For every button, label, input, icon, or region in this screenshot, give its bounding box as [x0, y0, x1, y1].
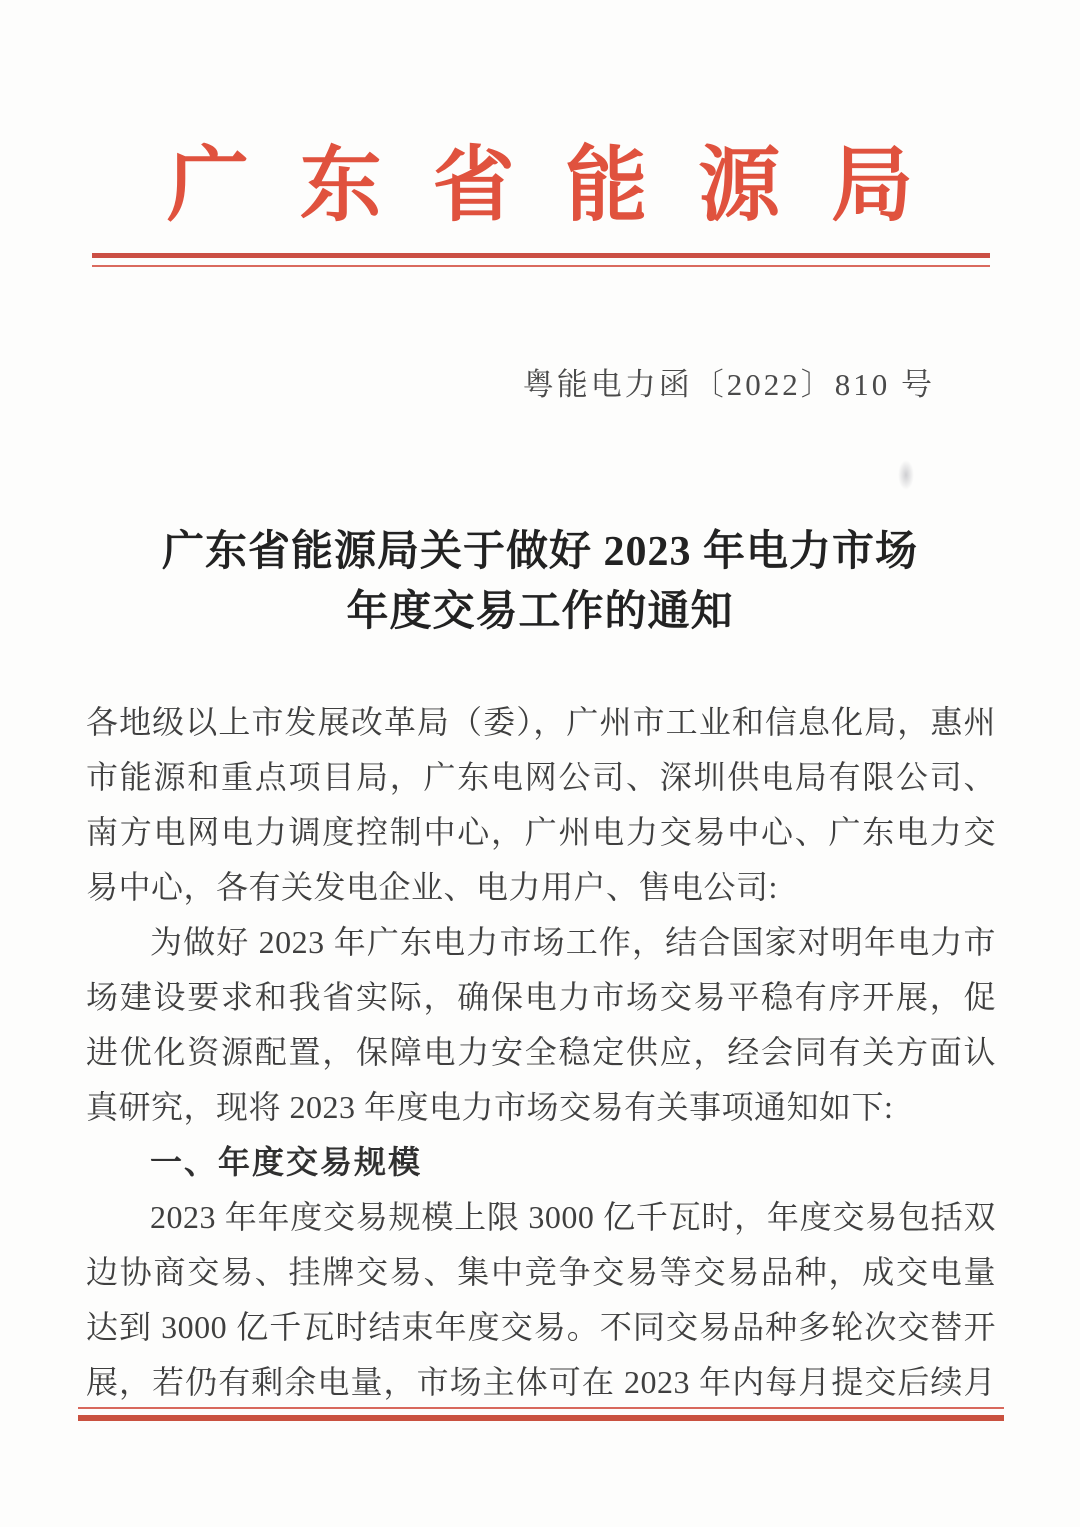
recipient-line: 各地级以上市发展改革局（委），广州市工业和信息化局，惠州 [86, 695, 996, 750]
recipient-line: 易中心，各有关发电企业、电力用户、售电公司: [86, 860, 996, 915]
document-reference-number: 粤能电力函〔2022〕810 号 [0, 359, 1080, 404]
document-title-line1: 广东省能源局关于做好 2023 年电力市场 [162, 529, 918, 575]
intro-paragraph-line: 真研究，现将 2023 年度电力市场交易有关事项通知如下: [86, 1080, 996, 1135]
letterhead-divider [92, 253, 990, 267]
section-1-line: 达到 3000 亿千瓦时结束年度交易。不同交易品种多轮次交替开 [86, 1300, 996, 1355]
recipient-line: 市能源和重点项目局，广东电网公司、深圳供电局有限公司、 [86, 750, 996, 805]
intro-paragraph-line: 进优化资源配置，保障电力安全稳定供应，经会同有关方面认 [86, 1025, 996, 1080]
document-title: 广东省能源局关于做好 2023 年电力市场 年度交易工作的通知 [40, 522, 1040, 642]
section-1-line: 展，若仍有剩余电量，市场主体可在 2023 年内每月提交后续月 [86, 1355, 996, 1410]
agency-letterhead-title: 广东省能源局 [0, 143, 1080, 229]
footer-rule-thick [78, 1415, 1004, 1421]
recipient-line: 南方电网电力调度控制中心，广州电力交易中心、广东电力交 [86, 805, 996, 860]
section-1-line: 边协商交易、挂牌交易、集中竞争交易等交易品种，成交电量 [86, 1245, 996, 1300]
section-1-heading: 一、年度交易规模 [86, 1135, 996, 1190]
document-title-line2: 年度交易工作的通知 [346, 589, 733, 635]
scan-smudge-artifact [898, 460, 914, 490]
section-1-line: 2023 年年度交易规模上限 3000 亿千瓦时，年度交易包括双 [86, 1190, 996, 1245]
intro-paragraph-line: 场建设要求和我省实际，确保电力市场交易平稳有序开展，促 [86, 970, 996, 1025]
page-footer-divider [78, 1407, 1004, 1421]
letterhead-rule-thin [92, 265, 990, 267]
footer-rule-thin [78, 1407, 1004, 1409]
intro-paragraph-line: 为做好 2023 年广东电力市场工作，结合国家对明年电力市 [86, 915, 996, 970]
document-page: 广东省能源局 粤能电力函〔2022〕810 号 广东省能源局关于做好 2023 … [0, 0, 1080, 1527]
document-body: 各地级以上市发展改革局（委），广州市工业和信息化局，惠州 市能源和重点项目局，广… [86, 695, 996, 1410]
letterhead-rule-thick [92, 253, 990, 258]
